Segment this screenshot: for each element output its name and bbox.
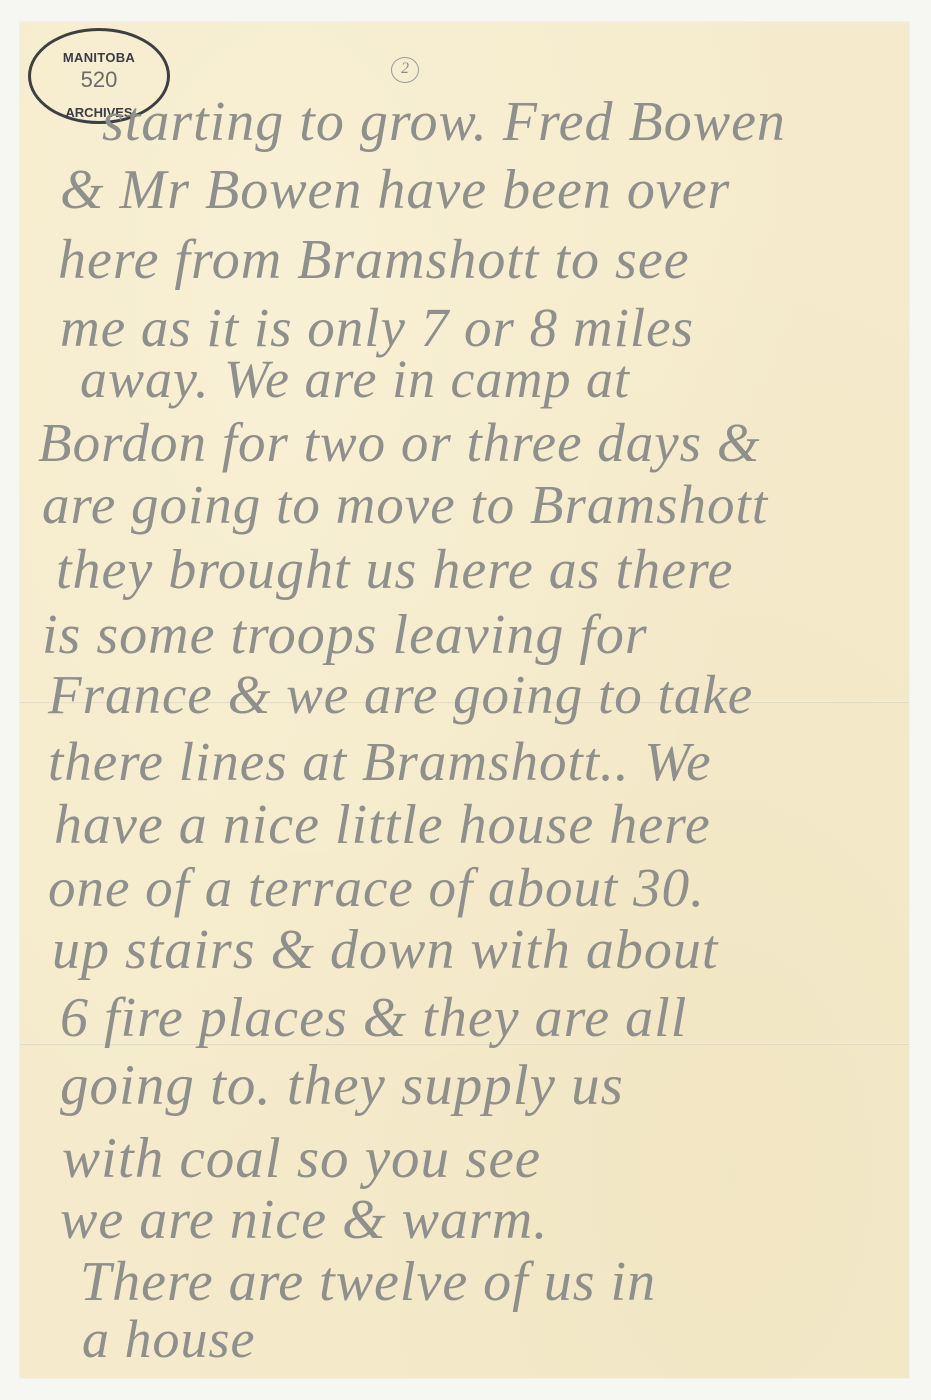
letter-line: are going to move to Bramshott <box>42 477 768 532</box>
letter-line: 6 fire places & they are all <box>60 990 687 1046</box>
stamp-number: 520 <box>31 67 167 93</box>
letter-line: we are nice & warm. <box>60 1192 548 1248</box>
letter-line: & Mr Bowen have been over <box>60 162 730 218</box>
letter-line: up stairs & down with about <box>52 922 718 978</box>
letter-line: have a nice little house here <box>54 797 711 853</box>
letter-line: here from Bramshott to see <box>58 232 690 288</box>
letter-line: There are twelve of us in <box>80 1254 656 1310</box>
letter-line: is some troops leaving for <box>42 607 648 663</box>
letter-line: France & we are going to take <box>48 667 753 722</box>
page-number: 2 <box>391 57 419 83</box>
letter-line: starting to grow. Fred Bowen <box>102 94 786 150</box>
letter-line: going to. they supply us <box>60 1057 624 1114</box>
letter-line: they brought us here as there <box>56 542 734 598</box>
letter-page: MANITOBA 520 ARCHIVES 2 starting to grow… <box>20 22 909 1378</box>
letter-line: there lines at Bramshott.. We <box>48 734 712 789</box>
letter-line: a house <box>82 1312 255 1366</box>
stamp-top-text: MANITOBA <box>31 50 167 65</box>
letter-line: with coal so you see <box>62 1130 541 1187</box>
scanned-document: MANITOBA 520 ARCHIVES 2 starting to grow… <box>0 0 931 1400</box>
letter-line: me as it is only 7 or 8 miles <box>60 300 694 355</box>
letter-line: one of a terrace of about 30. <box>48 860 705 915</box>
letter-line: away. We are in camp at <box>80 352 630 406</box>
letter-line: Bordon for two or three days & <box>38 415 761 470</box>
